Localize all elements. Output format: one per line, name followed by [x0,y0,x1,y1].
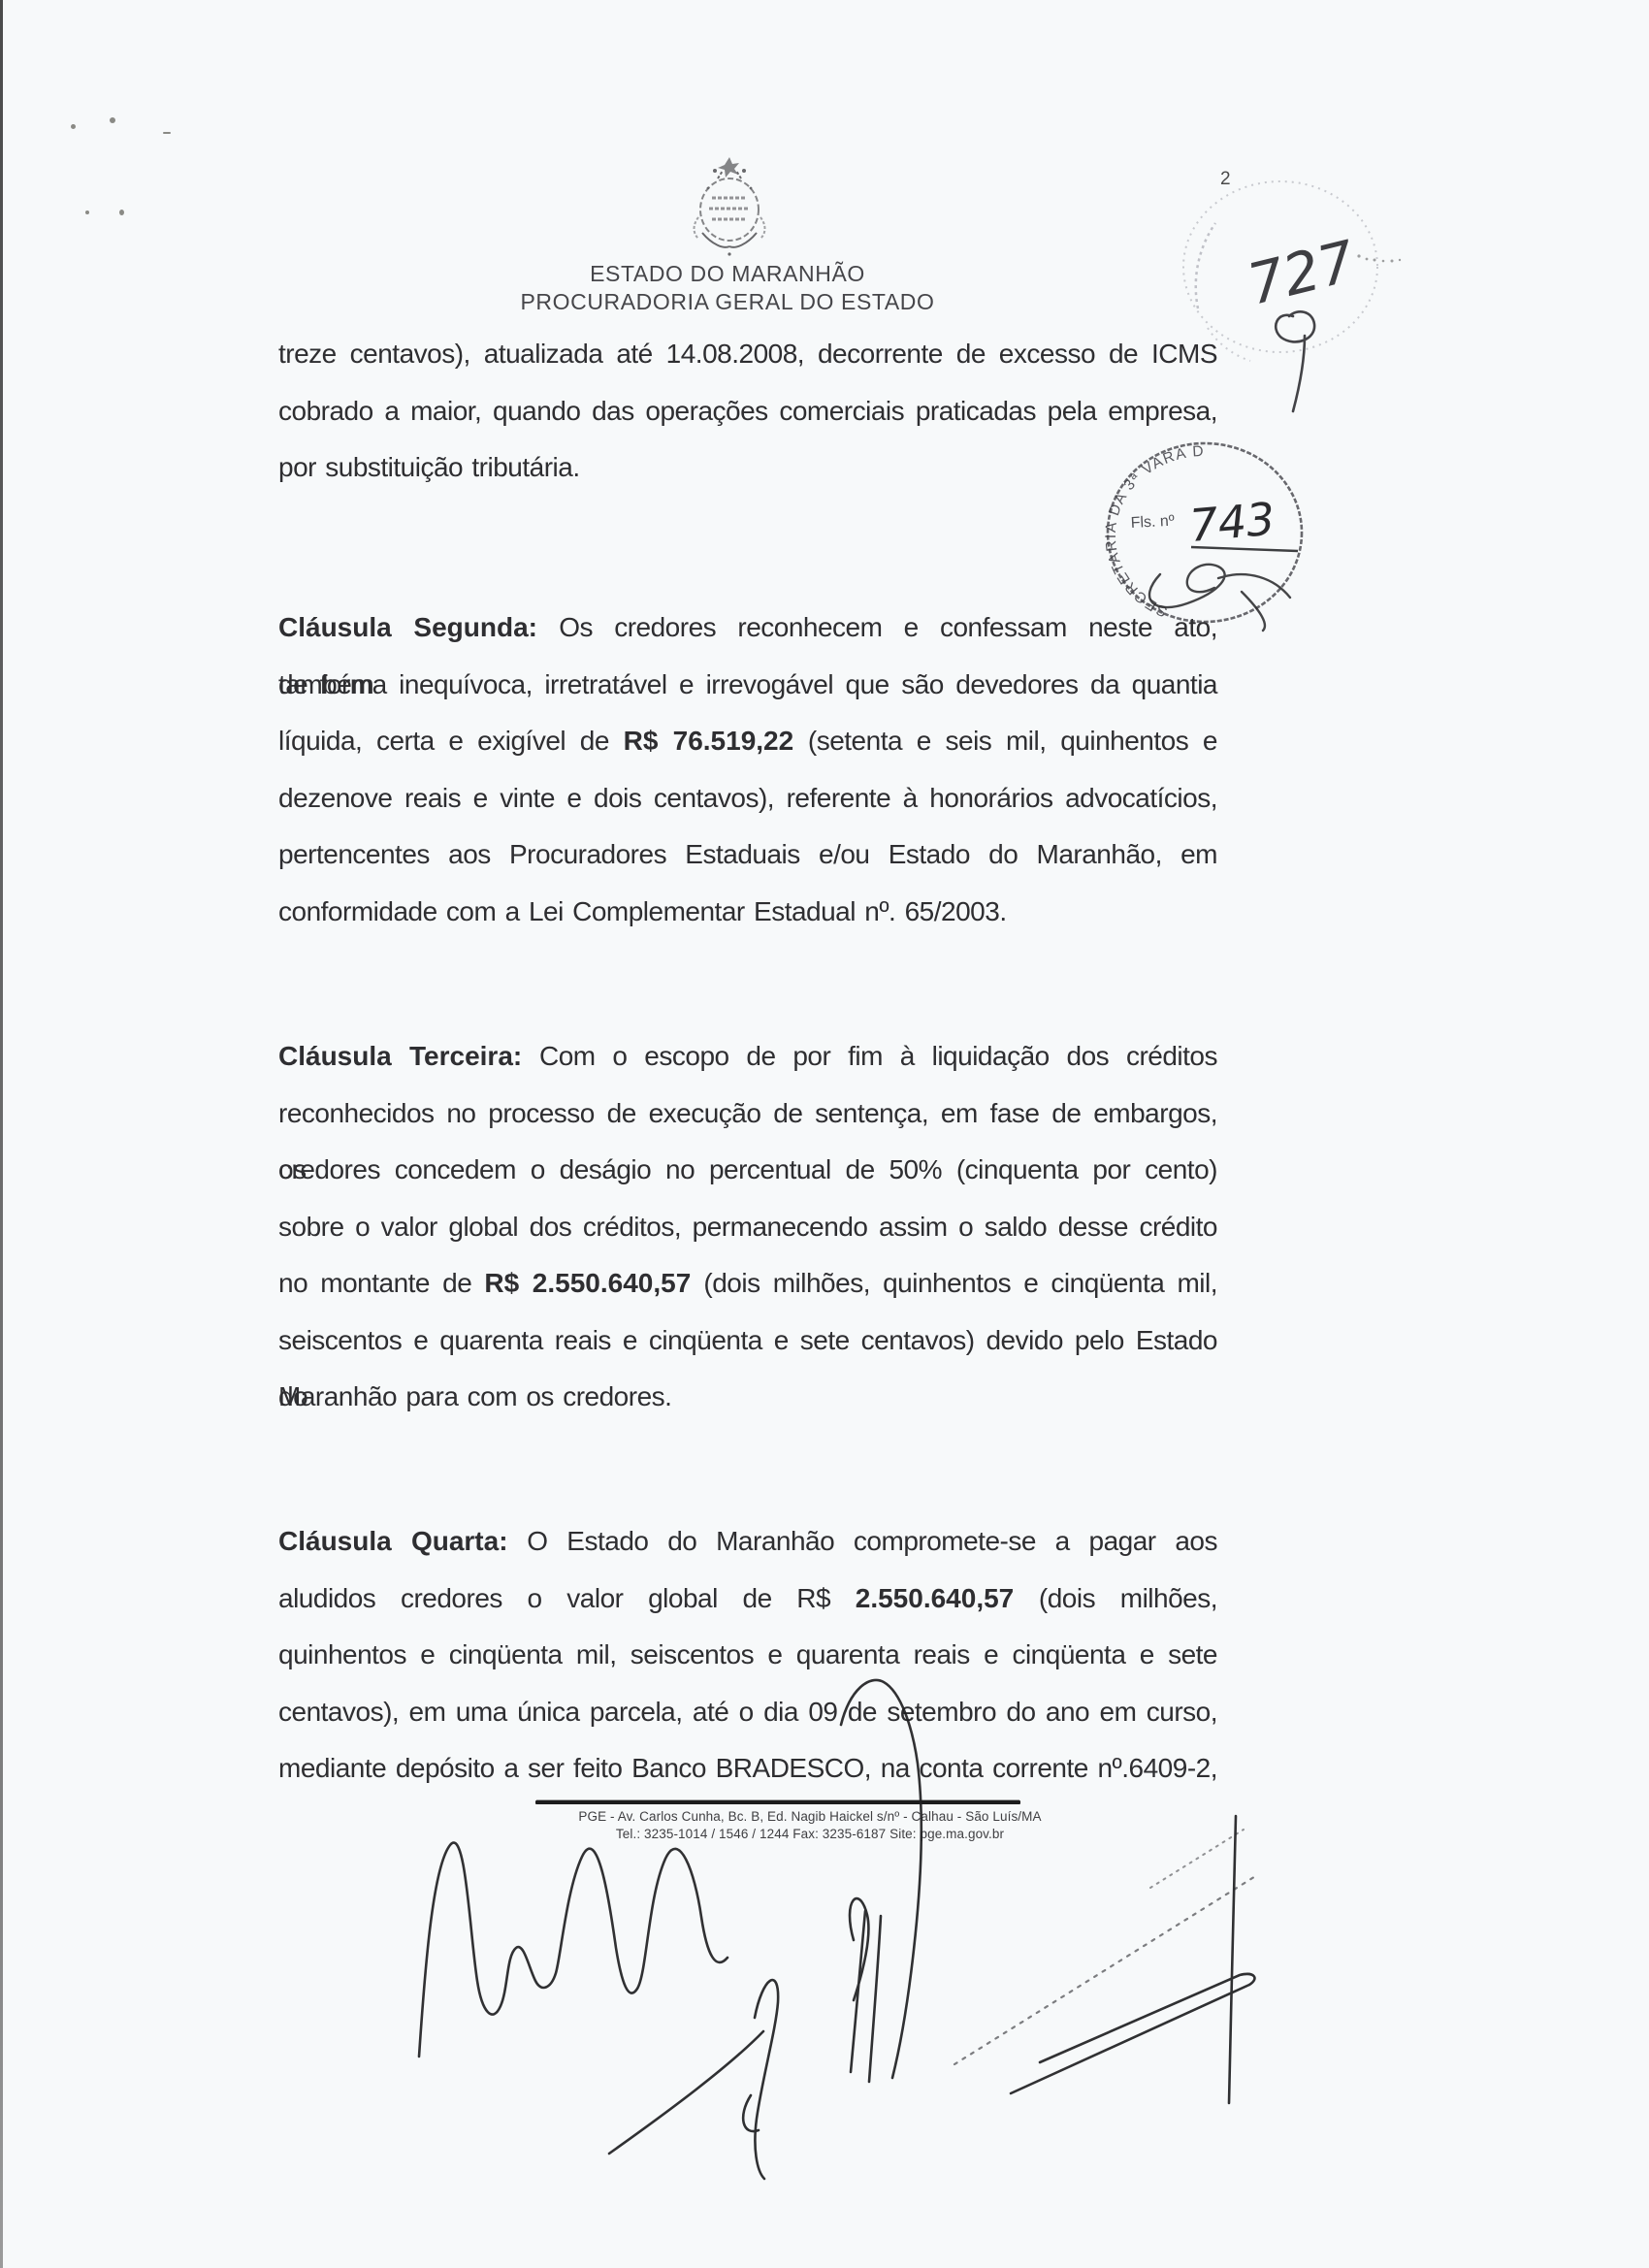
stamp-fls-number: 743 [1187,493,1277,552]
text-run: credores concedem o deságio no percentua… [278,1154,1217,1184]
text-line: pertencentes aos Procuradores Estaduais … [278,826,1217,884]
signature-stroke-2b [743,1980,778,2179]
scanned-document-page: { "document": { "page_number": "2", "hea… [0,0,1649,2268]
stamp-fls-label: Fls. nº [1130,513,1175,532]
text-line: dezenove reais e vinte e dois centavos),… [278,770,1217,827]
text-line: sobre o valor global dos créditos, perma… [278,1199,1217,1256]
text-run: aludidos credores o valor global de R$ [278,1583,856,1613]
coat-of-arms-icon [679,153,781,262]
text-run: (dois milhões, [1014,1583,1217,1613]
text-line: reconhecidos no processo de execução de … [278,1085,1217,1143]
bold-text-run: Cláusula Quarta: [278,1526,508,1556]
signature-stroke-4-dashed2 [1150,1830,1244,1888]
text-line: Maranhão para com os credores. [278,1369,1217,1426]
signature-stroke-3-loop [850,1898,868,2000]
signature-stroke-1 [419,1843,727,2057]
text-line: Cláusula Segunda: Os credores reconhecem… [278,599,1217,657]
scan-speck [119,210,124,215]
text-run: O Estado do Maranhão compromete-se a pag… [508,1526,1217,1556]
text-line: por substituição tributária. [278,439,1217,497]
text-run: (dois milhões, quinhentos e cinqüenta mi… [691,1268,1217,1298]
letterhead: ESTADO DO MARANHÃO PROCURADORIA GERAL DO… [388,260,1067,316]
text-line: conformidade com a Lei Complementar Esta… [278,884,1217,941]
scan-left-edge-artifact [0,0,3,2268]
text-run: de forma inequívoca, irretratável e irre… [278,669,1217,699]
signature-stroke-3-arc [841,1680,921,2078]
letterhead-org-line1: ESTADO DO MARANHÃO [388,260,1067,288]
scan-speck [110,117,115,123]
signature-stroke-4-v [1011,1974,1254,2093]
text-line: de forma inequívoca, irretratável e irre… [278,657,1217,714]
ink-dots [1357,254,1401,262]
scan-speck [85,211,89,214]
text-run: pertencentes aos Procuradores Estaduais … [278,839,1217,869]
bold-text-run: Cláusula Segunda: [278,612,537,642]
text-line: seiscentos e quarenta reais e cinqüenta … [278,1312,1217,1370]
bold-text-run: 2.550.640,57 [856,1583,1015,1613]
letterhead-org-line2: PROCURADORIA GERAL DO ESTADO [388,288,1067,316]
text-run: (setenta e seis mil, quinhentos e [793,726,1217,756]
text-run: sobre o valor global dos créditos, perma… [278,1212,1217,1242]
text-line: no montante de R$ 2.550.640,57 (dois mil… [278,1255,1217,1312]
text-run: por substituição tributária. [278,452,580,482]
svg-text:727: 727 [1242,228,1362,318]
signature-stroke-4-dashed [954,1875,1257,2064]
paragraph-clausula-segunda: Cláusula Segunda: Os credores reconhecem… [278,599,1217,940]
signature-stroke-4-vertical [1229,1816,1236,2103]
text-line: líquida, certa e exigível de R$ 76.519,2… [278,713,1217,770]
text-line: treze centavos), atualizada até 14.08.20… [278,326,1217,383]
text-line: aludidos credores o valor global de R$ 2… [278,1571,1217,1628]
text-run: treze centavos), atualizada até 14.08.20… [278,339,1217,369]
text-run: no montante de [278,1268,484,1298]
bold-text-run: Cláusula Terceira: [278,1041,522,1071]
paragraph-continuation: treze centavos), atualizada até 14.08.20… [278,326,1217,497]
signature-stroke-2 [609,2031,763,2154]
text-line: Cláusula Quarta: O Estado do Maranhão co… [278,1513,1217,1571]
text-run: dezenove reais e vinte e dois centavos),… [278,783,1217,813]
scan-speck [163,132,171,134]
text-line: credores concedem o deságio no percentua… [278,1142,1217,1199]
bold-text-run: R$ 2.550.640,57 [484,1268,691,1298]
text-line: cobrado a maior, quando das operações co… [278,383,1217,440]
paragraph-clausula-terceira: Cláusula Terceira: Com o escopo de por f… [278,1028,1217,1426]
stamp-handwritten-number: 727 [1242,228,1362,318]
text-line: Cláusula Terceira: Com o escopo de por f… [278,1028,1217,1085]
stamp-rubric-scribble [1276,311,1314,411]
text-run: cobrado a maior, quando das operações co… [278,396,1217,426]
bold-text-run: R$ 76.519,22 [624,726,794,756]
text-run: Maranhão para com os credores. [278,1381,671,1411]
text-run: Com o escopo de por fim à liquidação dos… [522,1041,1217,1071]
text-run: conformidade com a Lei Complementar Esta… [278,896,1007,926]
svg-text:743: 743 [1187,493,1277,552]
text-run: líquida, certa e exigível de [278,726,624,756]
scan-speck [71,124,76,129]
signatures-area [369,1639,1290,2187]
